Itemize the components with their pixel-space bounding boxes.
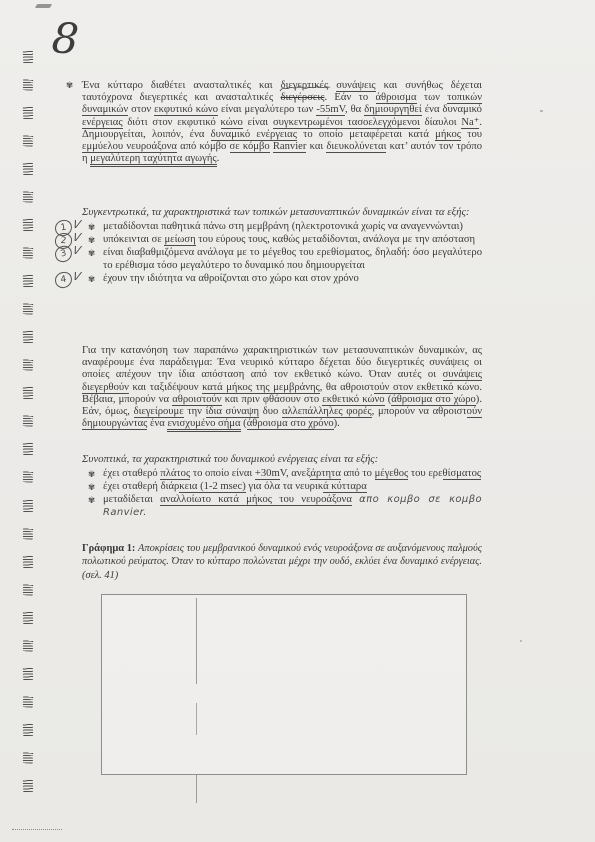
characteristics-list: 1 V ✾ μεταδίδονται παθητικά πάνω στη μεμ… [82, 221, 482, 285]
faint-figure-line [196, 598, 197, 684]
binding-mark [23, 471, 33, 483]
flower-bullet-icon: ✾ [66, 80, 73, 92]
flower-bullet-icon: ✾ [88, 482, 95, 494]
binding-mark [23, 723, 33, 736]
list-item: 2 V ✾ υπόκεινται σε μείωση του εύρους το… [82, 234, 482, 246]
handwritten-checkmark-icon: V [72, 271, 82, 283]
list-item-text: έχει σταθερή διάρκεια (1-2 msec) για όλα… [103, 481, 367, 493]
figure-caption-text: Αποκρίσεις του μεμβρανικού δυναμικού ενό… [82, 543, 482, 581]
binding-mark [23, 751, 33, 763]
binding-mark [23, 554, 33, 567]
section-heading: Συνοπτικά, τα χαρακτηριστικά του δυναμικ… [82, 453, 482, 466]
binding-mark [23, 135, 33, 147]
list-item-text: υπόκεινται σε μείωση του εύρους τους, κα… [103, 234, 475, 246]
handwritten-page-number: 8 [51, 17, 81, 61]
binding-mark [23, 610, 33, 623]
binding-mark [23, 303, 33, 315]
flower-bullet-icon: ✾ [88, 495, 95, 507]
list-item: ✾ έχει σταθερό πλάτος το οποίο είναι +30… [82, 468, 482, 480]
list-item-text: έχουν την ιδιότητα να αθροίζονται στο χώ… [103, 273, 359, 284]
list-item-text: μεταδίδεται αναλλοίωτο κατά μήκος του νε… [103, 494, 482, 517]
list-item: 4 V ✾ έχουν την ιδιότητα να αθροίζονται … [82, 273, 482, 285]
figure-caption-label: Γράφημα 1: [82, 543, 135, 554]
binding-mark [23, 415, 33, 427]
binding-mark [23, 442, 33, 455]
handwritten-circled-number: 4 [54, 271, 73, 289]
list-item: 3 V ✾ είναι διαβαθμιζόμενα ανάλογα με το… [82, 247, 482, 271]
binding-mark [23, 218, 33, 231]
binding-mark [23, 695, 33, 707]
handwritten-annotation-scribble [279, 85, 331, 93]
binding-mark [23, 274, 33, 287]
photocopy-dotted-line [12, 829, 62, 831]
faint-figure-line [196, 703, 197, 735]
binding-mark [23, 527, 33, 539]
binding-mark [23, 247, 33, 259]
binding-mark [23, 639, 33, 651]
list-item-text: μεταδίδονται παθητικά πάνω στη μεμβράνη … [103, 221, 463, 232]
paragraph-text: Για την κατανόηση των παραπάνω χαρακτηρι… [82, 345, 482, 432]
binding-mark [23, 779, 33, 792]
flower-bullet-icon: ✾ [88, 222, 95, 234]
flower-bullet-icon: ✾ [88, 274, 95, 286]
binding-mark [23, 162, 33, 175]
figure-box-empty [101, 594, 467, 775]
binding-mark [23, 667, 33, 680]
binding-marks [23, 50, 35, 792]
scanned-document-page: 8 ✾ Ένα κύτταρο διαθέτει ανασταλτικές κα… [0, 0, 595, 842]
handwritten-checkmark-icon: V [72, 245, 82, 257]
handwritten-checkmark-icon: V [72, 232, 82, 244]
list-item: 1 V ✾ μεταδίδονται παθητικά πάνω στη μεμ… [82, 221, 482, 233]
flower-bullet-icon: ✾ [88, 248, 95, 260]
paragraph-summation-example: Για την κατανόηση των παραπάνω χαρακτηρι… [82, 345, 482, 430]
binding-mark [23, 386, 33, 399]
list-item: ✾ μεταδίδεται αναλλοίωτο κατά μήκος του … [82, 494, 482, 518]
photocopy-smudge [35, 4, 52, 8]
binding-mark [23, 359, 33, 371]
list-item: ✾ έχει σταθερή διάρκεια (1-2 msec) για ό… [82, 481, 482, 493]
binding-mark [23, 79, 33, 91]
photocopy-speck [520, 640, 522, 642]
photocopy-speck [540, 110, 543, 112]
flower-bullet-icon: ✾ [88, 469, 95, 481]
binding-mark [23, 583, 33, 595]
faint-figure-line [196, 775, 197, 803]
handwritten-circled-number: 3 [53, 245, 73, 265]
handwritten-checkmark-icon: V [72, 219, 82, 231]
paragraph-summation-intro: ✾ Ένα κύτταρο διαθέτει ανασταλτικές και … [82, 80, 482, 165]
binding-mark [23, 191, 33, 203]
flower-bullet-icon: ✾ [88, 235, 95, 247]
list-item-text: έχει σταθερό πλάτος το οποίο είναι +30mV… [103, 468, 481, 480]
binding-mark [23, 330, 33, 343]
binding-mark [23, 106, 33, 119]
paragraph-text: Ένα κύτταρο διαθέτει ανασταλτικές και δι… [82, 80, 482, 167]
section-action-potential-characteristics: Συνοπτικά, τα χαρακτηριστικά του δυναμικ… [82, 453, 482, 519]
figure-caption: Γράφημα 1: Αποκρίσεις του μεμβρανικού δυ… [82, 542, 482, 582]
section-postsynaptic-characteristics: Συγκεντρωτικά, τα χαρακτηριστικά των τοπ… [82, 206, 482, 285]
binding-mark [23, 50, 33, 63]
binding-mark [23, 498, 33, 511]
section-heading: Συγκεντρωτικά, τα χαρακτηριστικά των τοπ… [82, 206, 482, 219]
list-item-text: είναι διαβαθμιζόμενα ανάλογα με το μέγεθ… [103, 247, 482, 270]
characteristics-list: ✾ έχει σταθερό πλάτος το οποίο είναι +30… [82, 468, 482, 519]
